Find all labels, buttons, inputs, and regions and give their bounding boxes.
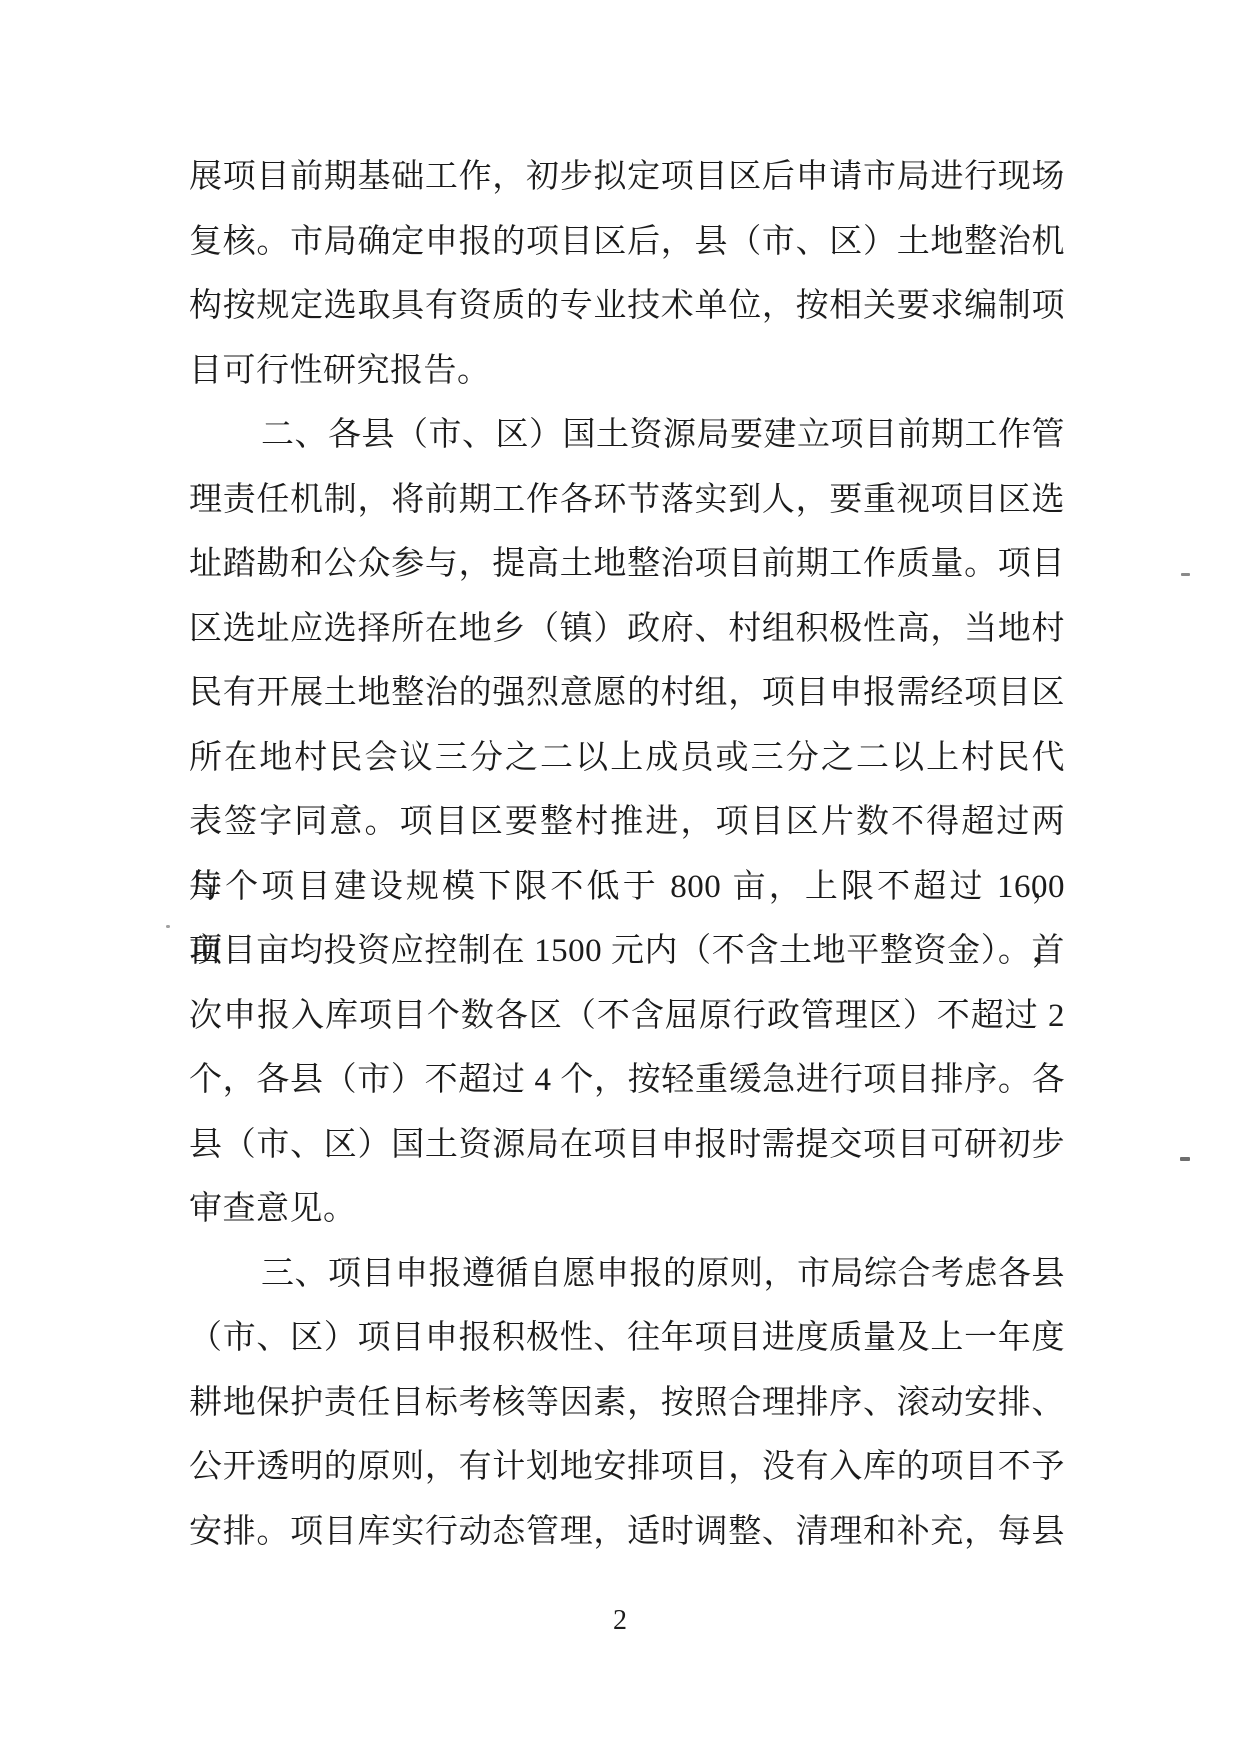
page-number: 2 [0, 1603, 1240, 1639]
document-body-text: 展项目前期基础工作，初步拟定项目区后申请市局进行现场 复核。市局确定申报的项目区… [189, 145, 1065, 1564]
text-line: 耕地保护责任目标考核等因素，按照合理排序、滚动安排、 [189, 1371, 1065, 1436]
text-line: 安排。项目库实行动态管理，适时调整、清理和补充，每县 [189, 1500, 1065, 1565]
text-line: 二、各县（市、区）国土资源局要建立项目前期工作管 [189, 403, 1065, 468]
text-line: 构按规定选取具有资质的专业技术单位，按相关要求编制项 [189, 274, 1065, 339]
text-line: 个，各县（市）不超过 4 个，按轻重缓急进行项目排序。各 [189, 1048, 1065, 1113]
text-line: 目可行性研究报告。 [189, 339, 1065, 404]
document-page: 展项目前期基础工作，初步拟定项目区后申请市局进行现场 复核。市局确定申报的项目区… [0, 0, 1240, 1754]
text-line: 每个项目建设规模下限不低于 800 亩，上限不超过 1600 亩， [189, 855, 1065, 920]
text-line: 表签字同意。项目区要整村推进，项目区片数不得超过两片， [189, 790, 1065, 855]
text-line: 次申报入库项目个数各区（不含屈原行政管理区）不超过 2 [189, 984, 1065, 1049]
text-line: 所在地村民会议三分之二以上成员或三分之二以上村民代 [189, 726, 1065, 791]
text-line: 县（市、区）国土资源局在项目申报时需提交项目可研初步 [189, 1113, 1065, 1178]
text-line: 展项目前期基础工作，初步拟定项目区后申请市局进行现场 [189, 145, 1065, 210]
text-line: 址踏勘和公众参与，提高土地整治项目前期工作质量。项目 [189, 532, 1065, 597]
text-line: 三、项目申报遵循自愿申报的原则，市局综合考虑各县 [189, 1242, 1065, 1307]
scan-speck [1180, 1157, 1190, 1161]
text-line: 民有开展土地整治的强烈意愿的村组，项目申报需经项目区 [189, 661, 1065, 726]
text-line: 项目亩均投资应控制在 1500 元内（不含土地平整资金）。首 [189, 919, 1065, 984]
text-line: 公开透明的原则，有计划地安排项目，没有入库的项目不予 [189, 1435, 1065, 1500]
scan-speck [1181, 573, 1190, 576]
text-line: 审查意见。 [189, 1177, 1065, 1242]
text-line: 区选址应选择所在地乡（镇）政府、村组积极性高，当地村 [189, 597, 1065, 662]
text-line: （市、区）项目申报积极性、往年项目进度质量及上一年度 [189, 1306, 1065, 1371]
text-line: 复核。市局确定申报的项目区后，县（市、区）土地整治机 [189, 210, 1065, 275]
scan-speck [166, 925, 170, 928]
text-line: 理责任机制，将前期工作各环节落实到人，要重视项目区选 [189, 468, 1065, 533]
